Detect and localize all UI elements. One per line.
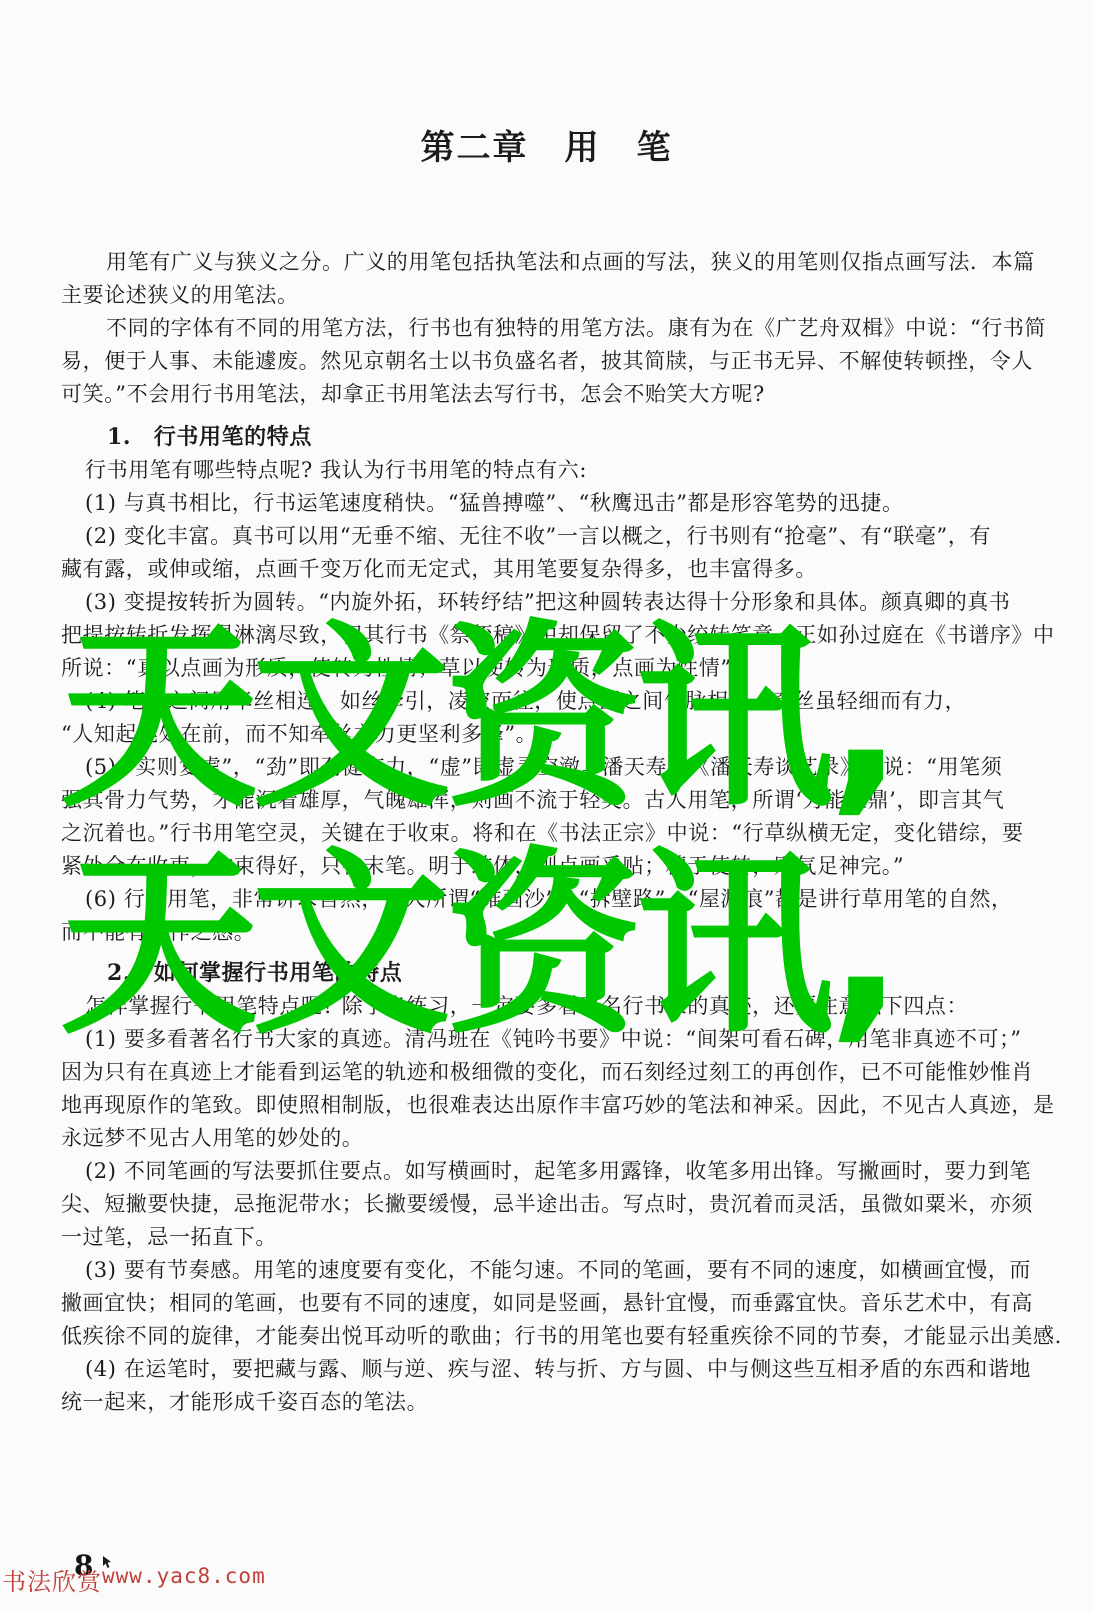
text-line: 易，便于人事、未能遽废。然见京朝名士以书负盛名者，披其简牍，与正书无异、不解使转…	[61, 345, 1061, 378]
text-line: 可笑。”不会用行书用笔法，却拿正书用笔法去写行书，怎会不贻笑大方呢?	[61, 378, 1061, 411]
scanned-book-page: 第二章 用 笔 用笔有广义与狭义之分。广义的用笔包括执笔法和点画的写法，狭义的用…	[0, 0, 1093, 1612]
section-heading: 2. 如何掌握行书用笔的特点	[61, 957, 1061, 990]
text-line: (4) 笔画之间用牵丝相连，如丝牵引，凌空而往，使点画之间气脉相连。牵丝虽轻细而…	[61, 685, 1061, 718]
text-line: 主要论述狭义的用笔法。	[61, 279, 1061, 312]
text-line: 把提按转折发挥得淋漓尽致，但其行书《祭侄稿》中却保留了不少绞转笔意。正如孙过庭在…	[61, 619, 1061, 652]
text-line: “人知起笔处在前，而不知牵丝之力更坚利多锋”。	[61, 718, 1061, 751]
text-line: 一过笔，忌一拓直下。	[61, 1221, 1061, 1254]
text-line: 用笔有广义与狭义之分。广义的用笔包括执笔法和点画的写法，狭义的用笔则仅指点画写法…	[61, 246, 1061, 279]
text-line: 统一起来，才能形成千姿百态的笔法。	[61, 1386, 1061, 1419]
text-line: 而不能有做作之感。	[61, 916, 1061, 949]
section-heading: 1. 行书用笔的特点	[61, 421, 1061, 454]
text-line: (2) 不同笔画的写法要抓住要点。如写横画时，起笔多用露锋，收笔多用出锋。写撇画…	[61, 1155, 1061, 1188]
text-line: (6) 行书用笔，非常讲求自然，古人所谓“锥画沙”、“拆壁路”、“屋漏痕”都是讲…	[61, 883, 1061, 916]
chapter-title: 第二章 用 笔	[0, 120, 1093, 169]
text-line: 因为只有在真迹上才能看到运笔的轨迹和极细微的变化，而石刻经过刻工的再创作，已不可…	[61, 1056, 1061, 1089]
text-line: (4) 在运笔时，要把藏与露、顺与逆、疾与涩、转与折、方与圆、中与侧这些互相矛盾…	[61, 1353, 1061, 1386]
site-brand: 书法欣赏	[2, 1562, 102, 1597]
text-line: 怎样掌握行书用笔特点呢? 除了多练习，一定要多看著名行书家的真迹，还要注意以下四…	[61, 990, 1061, 1023]
body-text: 用笔有广义与狭义之分。广义的用笔包括执笔法和点画的写法，狭义的用笔则仅指点画写法…	[61, 246, 1061, 1419]
text-line: 永远梦不见古人用笔的妙处的。	[61, 1122, 1061, 1155]
text-line: (5) “实则复虚”，“劲”即劲健有力，“虚”即虚灵空澈。潘天寿在《潘天寿谈艺录…	[61, 751, 1061, 784]
text-line: 藏有露，或伸或缩，点画千变万化而无定式，其用笔要复杂得多，也丰富得多。	[61, 553, 1061, 586]
text-line: 不同的字体有不同的用笔方法，行书也有独特的用笔方法。康有为在《广艺舟双楫》中说：…	[61, 312, 1061, 345]
site-url: www.yac8.com	[102, 1564, 266, 1588]
text-line: 低疾徐不同的旋律，才能奏出悦耳动听的歌曲；行书的用笔也要有轻重疾徐不同的节奏，才…	[61, 1320, 1061, 1353]
text-line: 所说：“真以点画为形质，使转为性情；草以使转为形质，点画为性情”。	[61, 652, 1061, 685]
text-line: 尖、短撇要快捷，忌拖泥带水；长撇要缓慢，忌半途出击。写点时，贵沉着而灵活，虽微如…	[61, 1188, 1061, 1221]
text-line: 之沉着也。”行书用笔空灵，关键在于收束。将和在《书法正宗》中说：“行草纵横无定，…	[61, 817, 1061, 850]
text-line: 紧处全在收束，收束得好，只在末笔。明于结体，则点画妥贴；精于使转，则气足神完。”	[61, 850, 1061, 883]
text-line: (3) 变提按转折为圆转。“内旋外拓，环转纾结”把这种圆转表达得十分形象和具体。…	[61, 586, 1061, 619]
text-line: (2) 变化丰富。真书可以用“无垂不缩、无往不收”一言以概之，行书则有“抢毫”、…	[61, 520, 1061, 553]
text-line: 强其骨力气势，才能沉着雄厚，气魄雄浑，则画不流于轻矣。古人用笔，所谓‘力能扛鼎’…	[61, 784, 1061, 817]
text-line: 地再现原作的笔致。即使照相制版，也很难表达出原作丰富巧妙的笔法和神采。因此，不见…	[61, 1089, 1061, 1122]
text-line: 行书用笔有哪些特点呢? 我认为行书用笔的特点有六:	[61, 454, 1061, 487]
text-line: (3) 要有节奏感。用笔的速度要有变化，不能匀速。不同的笔画，要有不同的速度，如…	[61, 1254, 1061, 1287]
text-line: 撇画宜快；相同的笔画，也要有不同的速度，如同是竖画，悬针宜慢，而垂露宜快。音乐艺…	[61, 1287, 1061, 1320]
text-line: (1) 要多看著名行书大家的真迹。清冯班在《钝吟书要》中说：“间架可看石碑，用笔…	[61, 1023, 1061, 1056]
cursor-arrow-icon	[103, 1556, 113, 1569]
text-line: (1) 与真书相比，行书运笔速度稍快。“猛兽搏噬”、“秋鹰迅击”都是形容笔势的迅…	[61, 487, 1061, 520]
